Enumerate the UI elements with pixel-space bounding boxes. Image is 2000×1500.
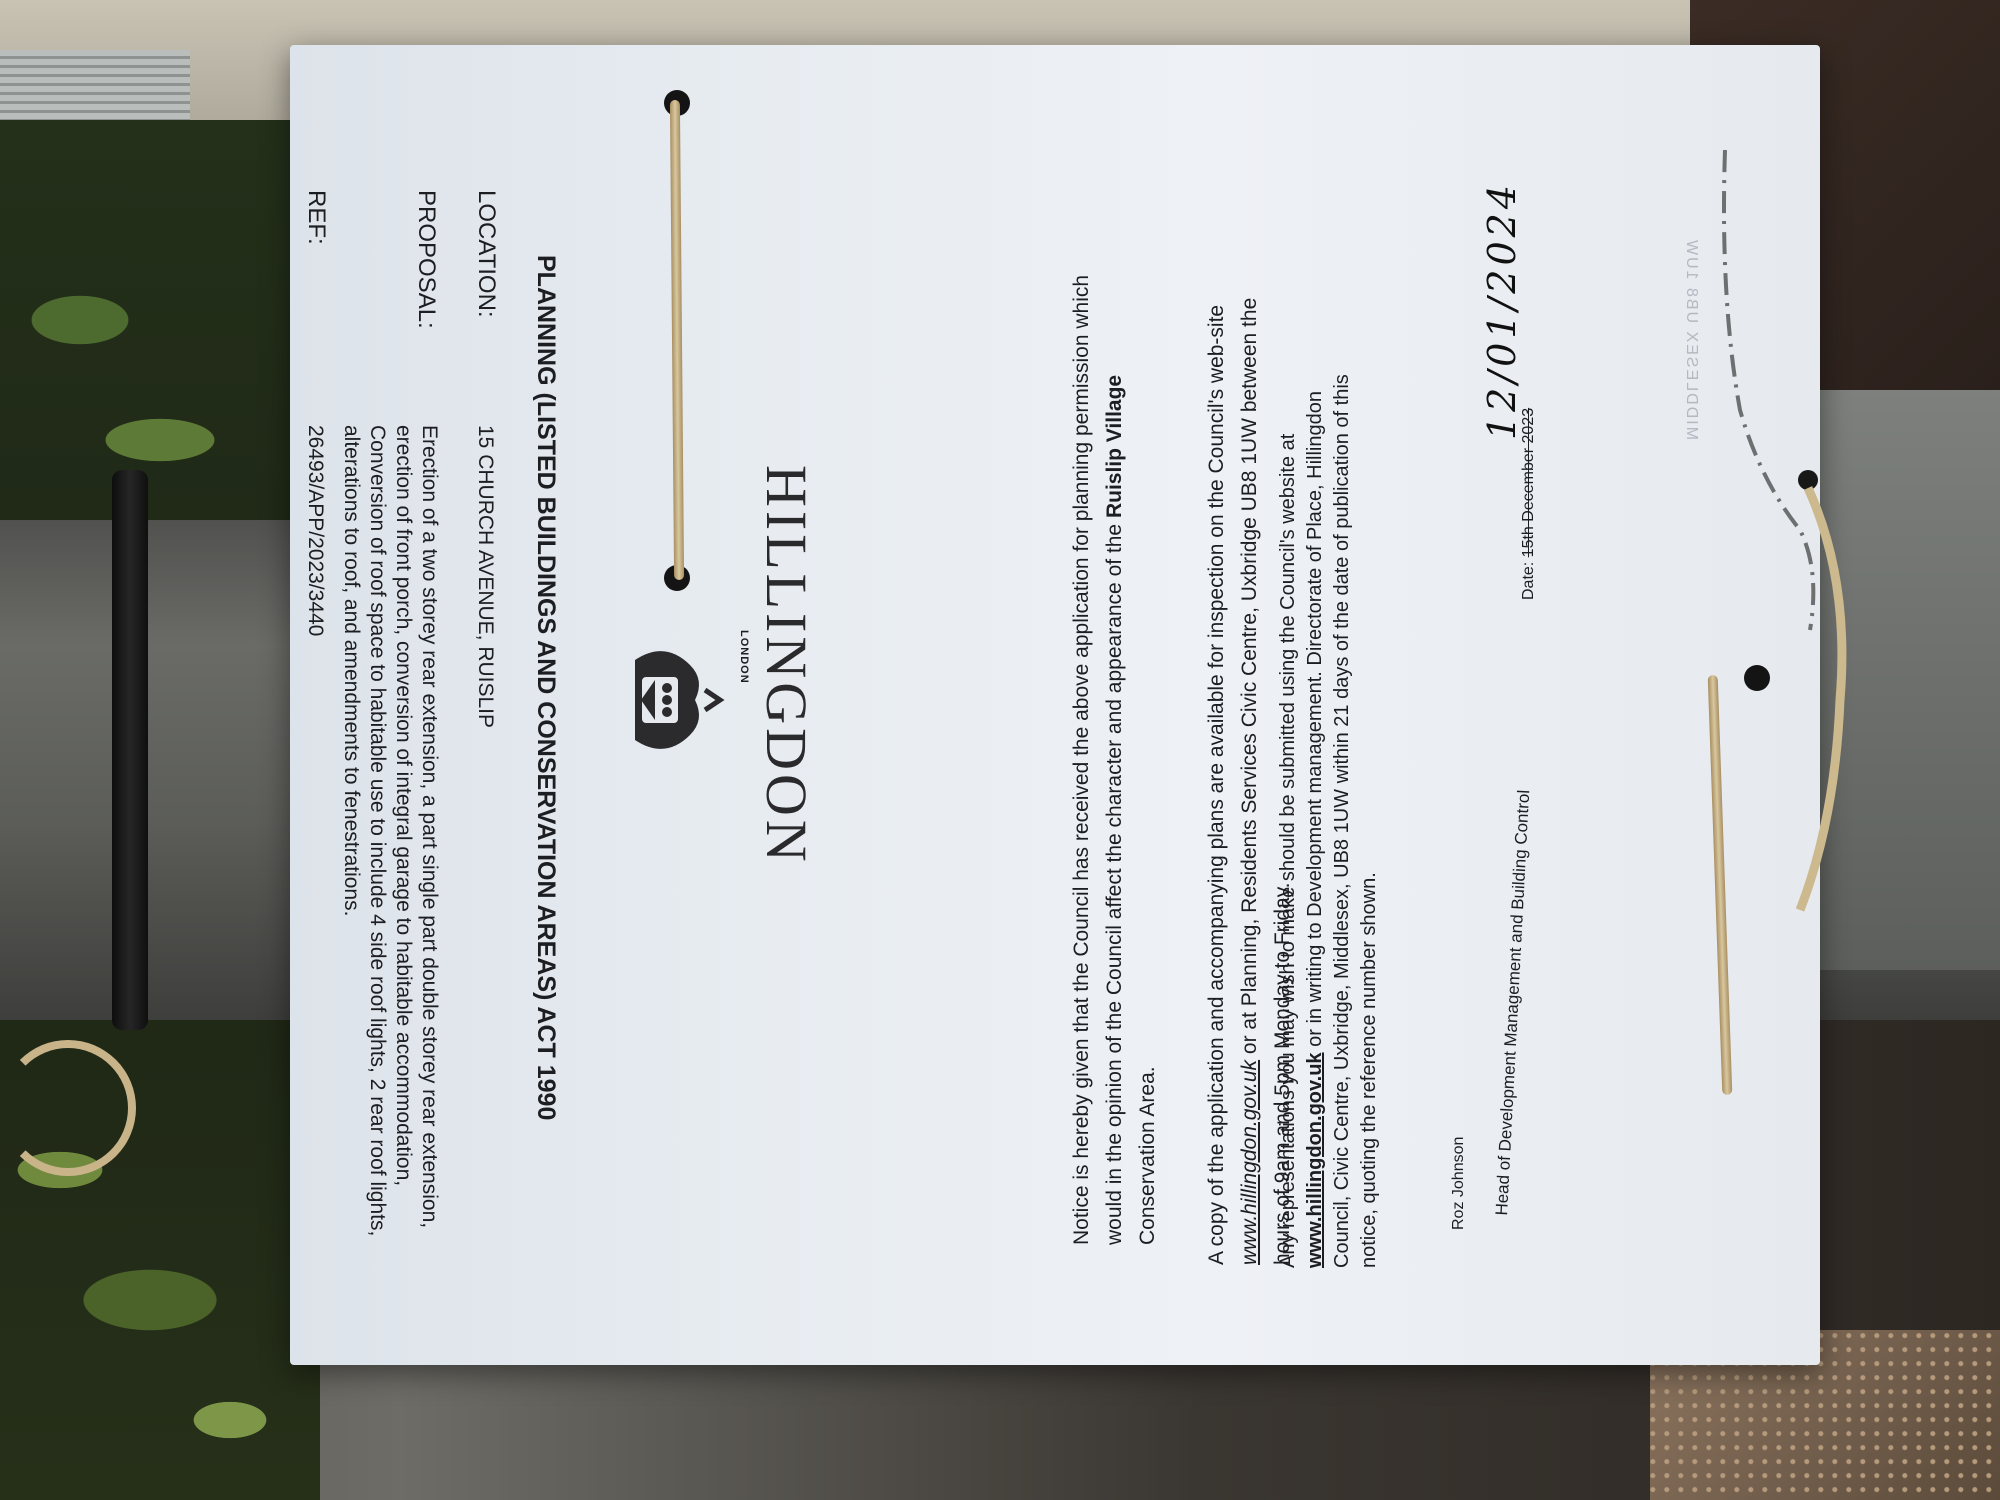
planning-notice-paper: HILLINGDON LONDON PLANNING (LISTED BUILD… [290, 45, 1820, 1365]
loose-twine [0, 1040, 136, 1176]
notice-body [290, 45, 1820, 1365]
cable-tie [112, 470, 148, 1030]
